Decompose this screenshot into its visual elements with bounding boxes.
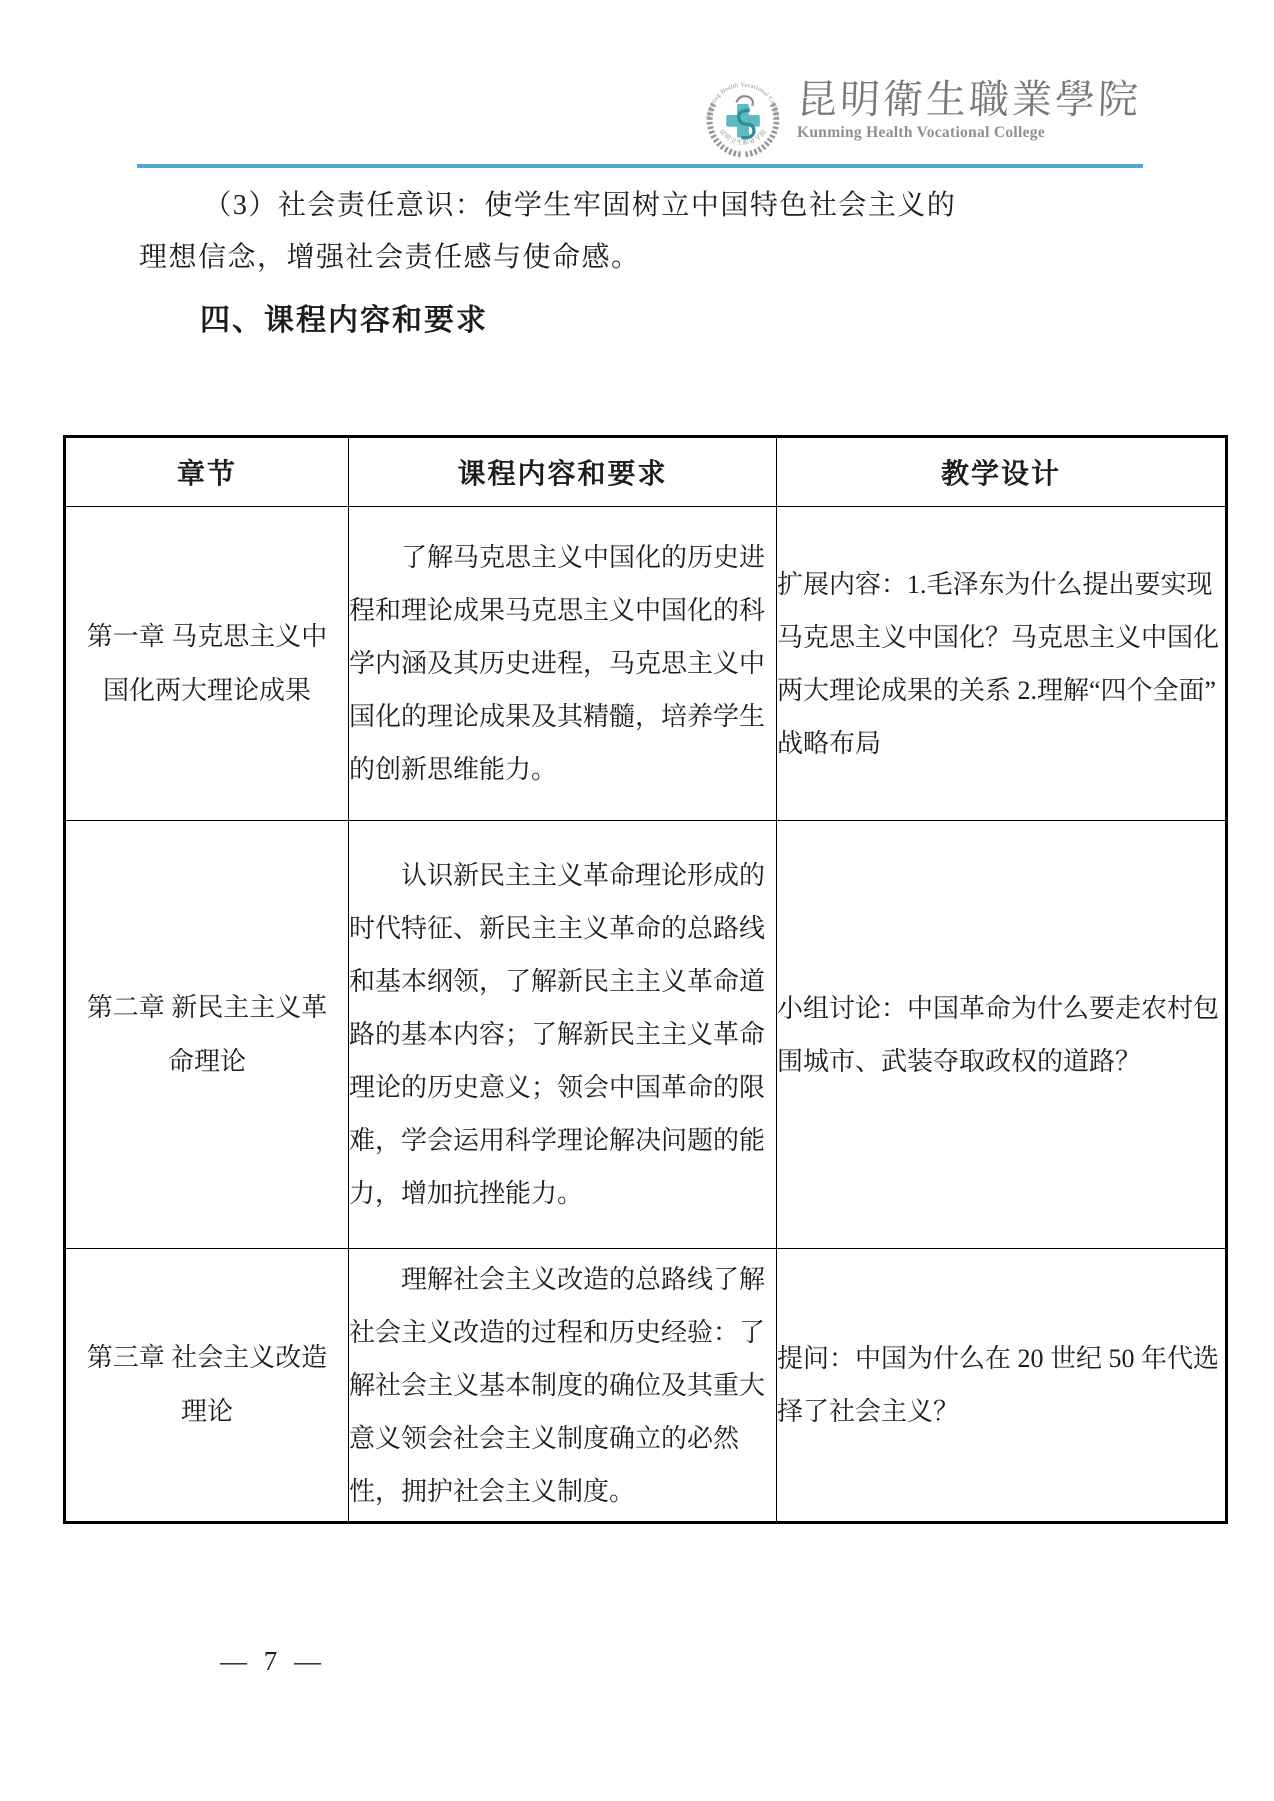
table-header-content: 课程内容和要求 bbox=[349, 437, 777, 507]
text-line: 了解马克思主义中国化的历史进 bbox=[349, 531, 776, 584]
header-divider-line bbox=[137, 164, 1143, 168]
text-line: 力，增加抗挫能力。 bbox=[349, 1167, 776, 1220]
text-line: 解社会主义基本制度的确位及其重大 bbox=[349, 1359, 776, 1412]
college-name-cn: 昆明衛生職業學院 bbox=[796, 78, 1142, 122]
text-line: 意义领会社会主义制度确立的必然 bbox=[349, 1412, 776, 1465]
text-line: 第三章 社会主义改造 bbox=[66, 1331, 348, 1385]
text-line: 理想信念，增强社会责任感与使命感。 bbox=[139, 238, 956, 290]
text-line: 命理论 bbox=[66, 1035, 348, 1089]
chapter3-title-cell: 第三章 社会主义改造理论 bbox=[65, 1249, 349, 1523]
chapter1-content-cell: 了解马克思主义中国化的历史进程和理论成果马克思主义中国化的科学内涵及其历史进程，… bbox=[349, 507, 777, 821]
document-page: Kunming Health Vocational College 昆明卫生职业… bbox=[0, 0, 1274, 1801]
text-line: 学内涵及其历史进程，马克思主义中 bbox=[349, 637, 776, 690]
text-line: 小组讨论：中国革命为什么要走农村包 bbox=[777, 982, 1225, 1035]
text-line: 第一章 马克思主义中 bbox=[66, 610, 348, 664]
college-name-en: Kunming Health Vocational College bbox=[797, 124, 1141, 142]
text-line: 战略布局 bbox=[777, 717, 1225, 770]
table-row-chapter3: 第三章 社会主义改造理论 理解社会主义改造的总路线了解社会主义改造的过程和历史经… bbox=[65, 1249, 1227, 1523]
college-logo: Kunming Health Vocational College 昆明卫生职业… bbox=[701, 78, 1141, 162]
text-line: 提问：中国为什么在 20 世纪 50 年代选 bbox=[777, 1332, 1225, 1385]
text-line: 扩展内容：1.毛泽东为什么提出要实现 bbox=[777, 558, 1225, 611]
responsibility-paragraph: （3）社会责任意识：使学生牢固树立中国特色社会主义的理想信念，增强社会责任感与使… bbox=[139, 186, 956, 290]
text-line: 国化的理论成果及其精髓，培养学生 bbox=[349, 690, 776, 743]
text-line: 理论的历史意义；领会中国革命的限 bbox=[349, 1061, 776, 1114]
chapter2-design-cell: 小组讨论：中国革命为什么要走农村包围城市、武装夺取政权的道路？ bbox=[777, 821, 1227, 1249]
text-line: 社会主义改造的过程和历史经验：了 bbox=[349, 1306, 776, 1359]
text-line: 择了社会主义？ bbox=[777, 1385, 1225, 1438]
text-line: 第二章 新民主主义革 bbox=[66, 981, 348, 1035]
text-line: 路的基本内容；了解新民主主义革命 bbox=[349, 1008, 776, 1061]
chapter3-design-cell: 提问：中国为什么在 20 世纪 50 年代选择了社会主义？ bbox=[777, 1249, 1227, 1523]
college-name-block: 昆明衛生職業學院 Kunming Health Vocational Colle… bbox=[797, 78, 1141, 142]
text-line: （3）社会责任意识：使学生牢固树立中国特色社会主义的 bbox=[139, 186, 956, 238]
table-row-chapter1: 第一章 马克思主义中国化两大理论成果 了解马克思主义中国化的历史进程和理论成果马… bbox=[65, 507, 1227, 821]
text-line: 理论 bbox=[66, 1385, 348, 1439]
college-seal-icon: Kunming Health Vocational College 昆明卫生职业… bbox=[701, 78, 785, 162]
chapter3-content-cell: 理解社会主义改造的总路线了解社会主义改造的过程和历史经验：了解社会主义基本制度的… bbox=[349, 1249, 777, 1523]
chapter2-title-cell: 第二章 新民主主义革命理论 bbox=[65, 821, 349, 1249]
table-row-chapter2: 第二章 新民主主义革命理论 认识新民主主义革命理论形成的时代特征、新民主主义革命… bbox=[65, 821, 1227, 1249]
table-header-chapter: 章节 bbox=[65, 437, 349, 507]
text-line: 难，学会运用科学理论解决问题的能 bbox=[349, 1114, 776, 1167]
course-content-table: 章节 课程内容和要求 教学设计 第一章 马克思主义中国化两大理论成果 了解马克思… bbox=[63, 435, 1228, 1524]
text-line: 国化两大理论成果 bbox=[66, 664, 348, 718]
text-line: 性，拥护社会主义制度。 bbox=[349, 1465, 776, 1518]
table-header-row: 章节 课程内容和要求 教学设计 bbox=[65, 437, 1227, 507]
text-line: 两大理论成果的关系 2.理解“四个全面” bbox=[777, 664, 1225, 717]
text-line: 的创新思维能力。 bbox=[349, 743, 776, 796]
text-line: 理解社会主义改造的总路线了解 bbox=[349, 1253, 776, 1306]
page-number: — 7 — bbox=[220, 1646, 326, 1677]
text-line: 和基本纲领，了解新民主主义革命道 bbox=[349, 955, 776, 1008]
section-heading: 四、课程内容和要求 bbox=[200, 295, 488, 339]
text-line: 时代特征、新民主主义革命的总路线 bbox=[349, 902, 776, 955]
laurel-left bbox=[710, 104, 742, 154]
text-line: 马克思主义中国化？马克思主义中国化 bbox=[777, 611, 1225, 664]
chapter1-title-cell: 第一章 马克思主义中国化两大理论成果 bbox=[65, 507, 349, 821]
table-header-design: 教学设计 bbox=[777, 437, 1227, 507]
text-line: 围城市、武装夺取政权的道路？ bbox=[777, 1035, 1225, 1088]
chapter1-design-cell: 扩展内容：1.毛泽东为什么提出要实现马克思主义中国化？马克思主义中国化两大理论成… bbox=[777, 507, 1227, 821]
text-line: 程和理论成果马克思主义中国化的科 bbox=[349, 584, 776, 637]
chapter2-content-cell: 认识新民主主义革命理论形成的时代特征、新民主主义革命的总路线和基本纲领，了解新民… bbox=[349, 821, 777, 1249]
text-line: 认识新民主主义革命理论形成的 bbox=[349, 849, 776, 902]
